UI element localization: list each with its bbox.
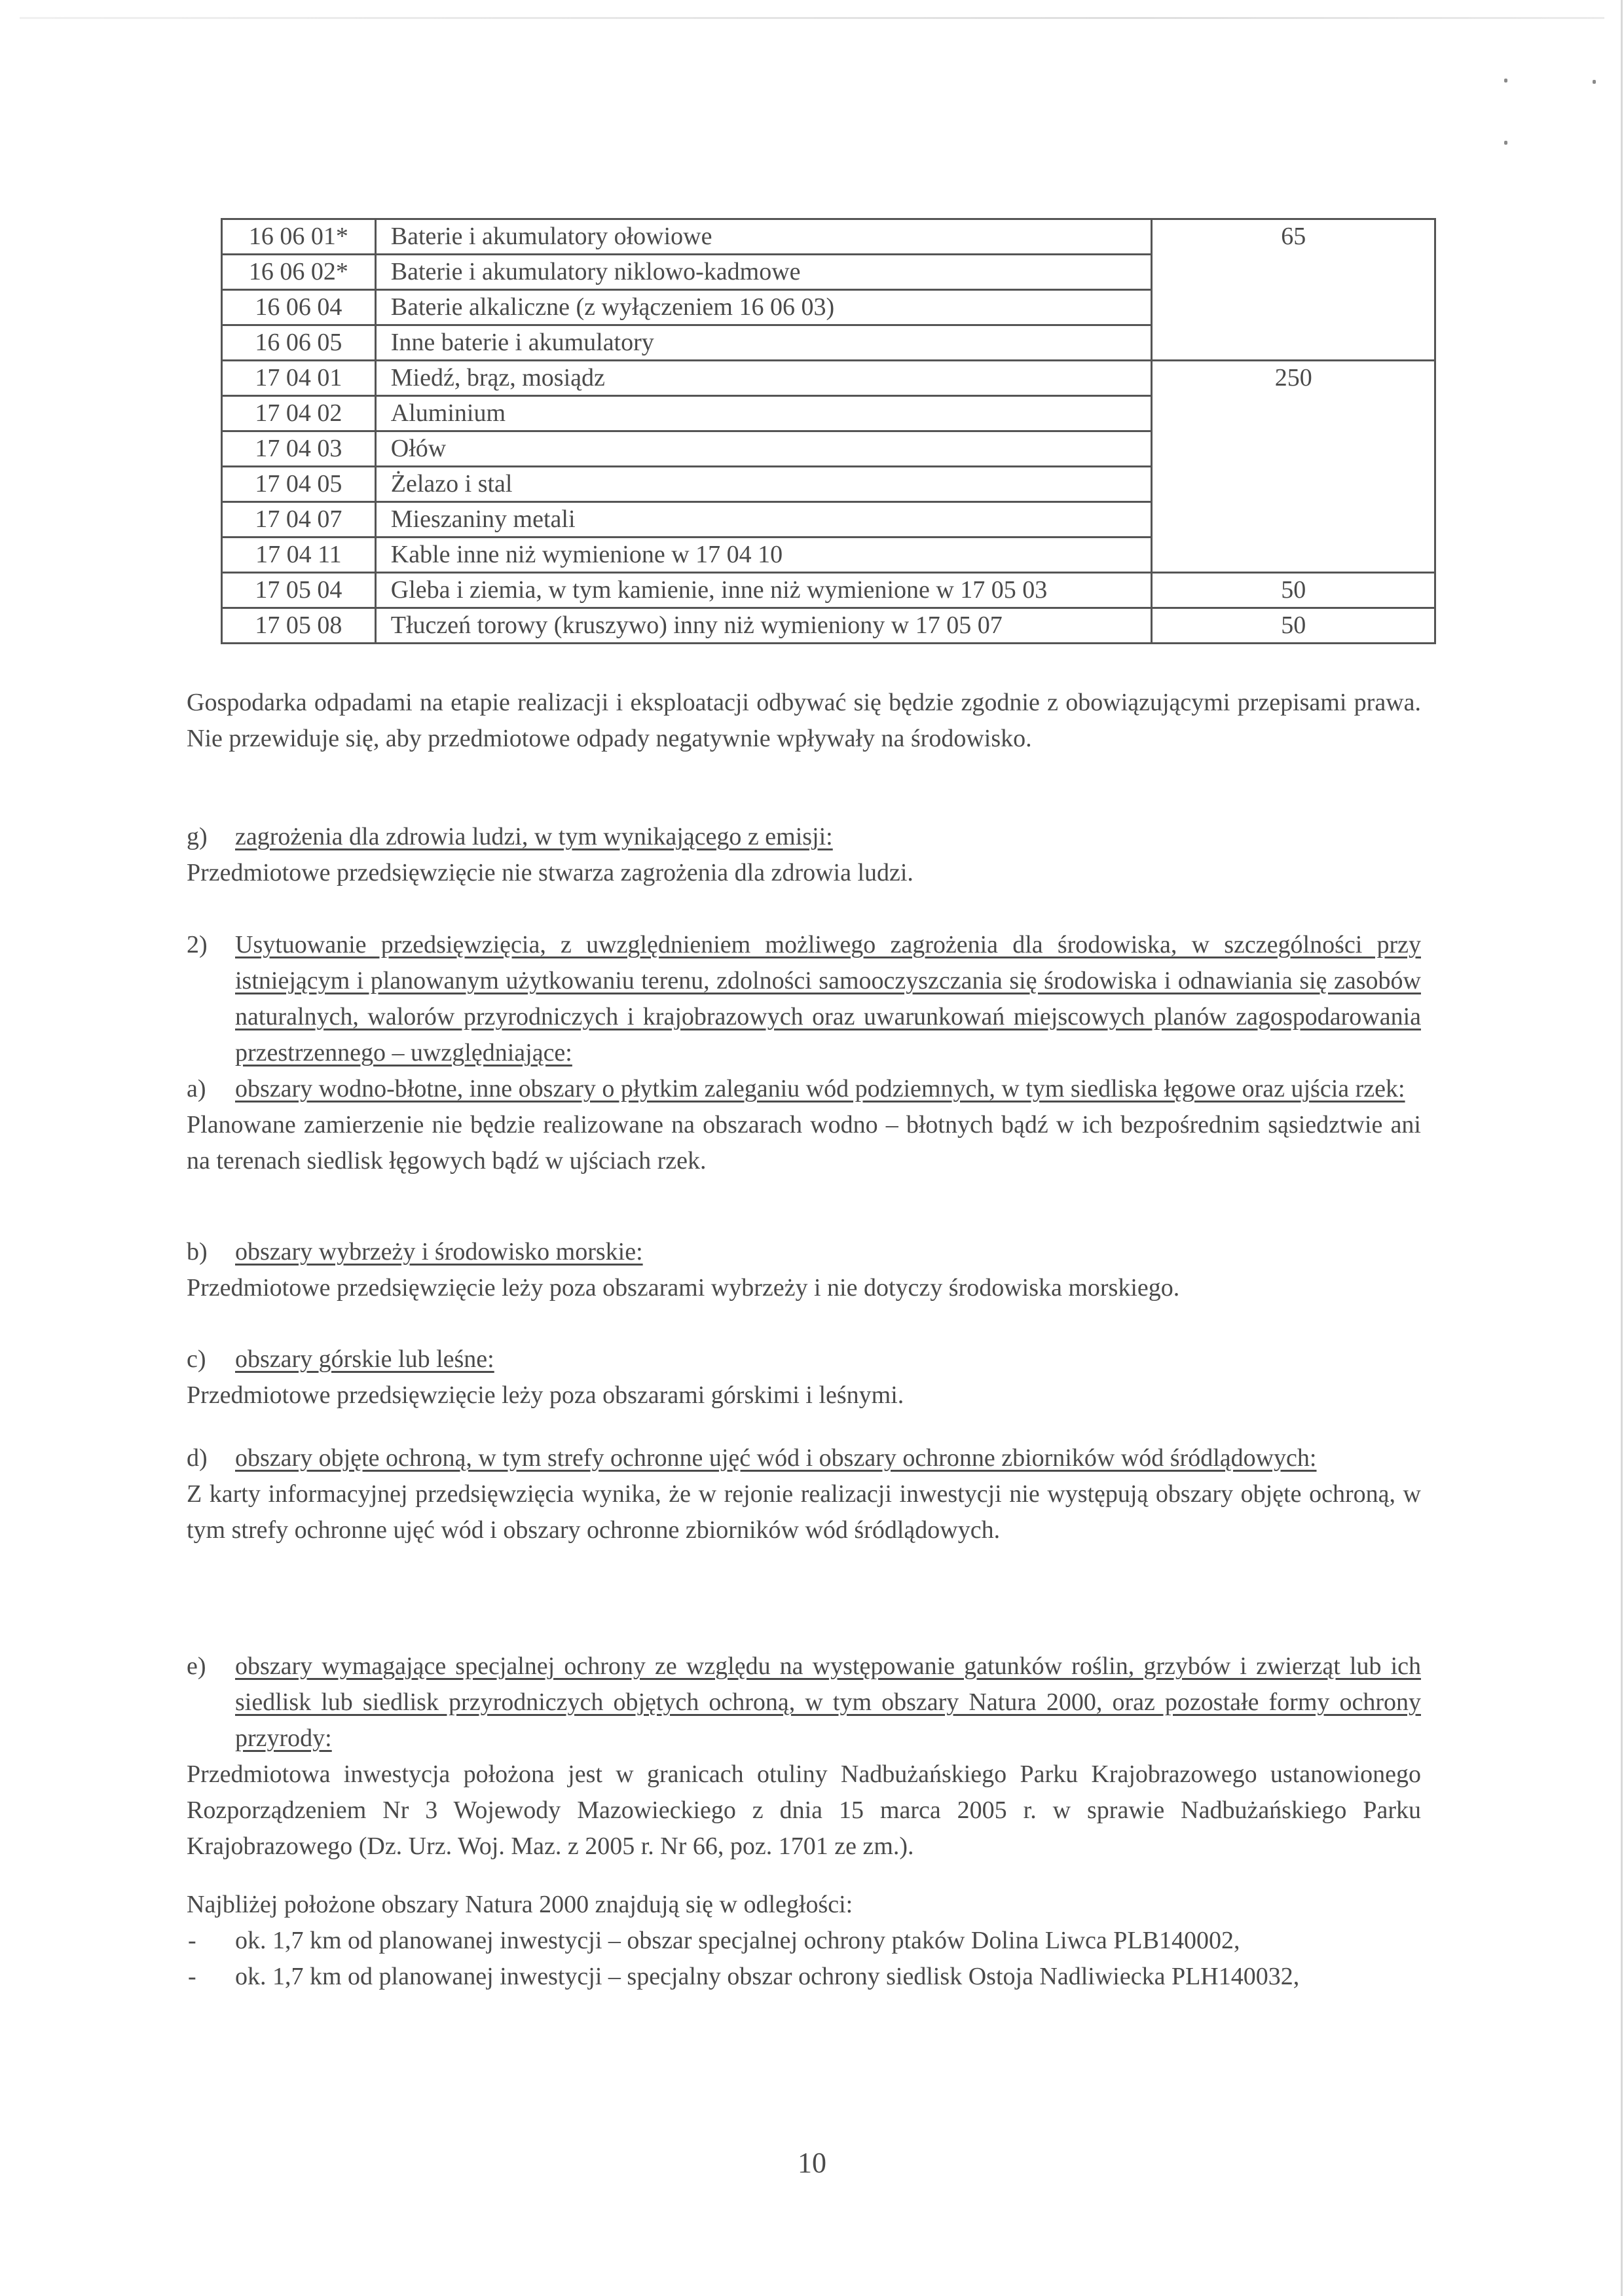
waste-code: 17 04 05 xyxy=(222,467,376,502)
list-item: -ok. 1,7 km od planowanej inwestycji – o… xyxy=(187,1923,1421,1959)
section-g-heading: zagrożenia dla zdrowia ludzi, w tym wyni… xyxy=(235,823,833,850)
section-2: 2) Usytuowanie przedsięwzięcia, z uwzglę… xyxy=(187,927,1421,1179)
section-d-heading: obszary objęte ochroną, w tym strefy och… xyxy=(235,1444,1316,1472)
section-a-heading: obszary wodno-błotne, inne obszary o pły… xyxy=(235,1075,1405,1102)
waste-code: 17 04 02 xyxy=(222,396,376,431)
section-2-heading-row: 2) Usytuowanie przedsięwzięcia, z uwzglę… xyxy=(187,927,1421,1071)
waste-description: Inne baterie i akumulatory xyxy=(375,325,1152,361)
table-row: 16 06 01*Baterie i akumulatory ołowiowe6… xyxy=(222,219,1435,255)
section-b-marker: b) xyxy=(187,1234,208,1270)
waste-description: Mieszaniny metali xyxy=(375,502,1152,538)
waste-code: 17 04 07 xyxy=(222,502,376,538)
waste-description: Aluminium xyxy=(375,396,1152,431)
table-row: 17 05 08Tłuczeń torowy (kruszywo) inny n… xyxy=(222,608,1435,644)
waste-quantity: 65 xyxy=(1152,219,1435,361)
natura-section: Najbliżej położone obszary Natura 2000 z… xyxy=(187,1887,1421,1995)
table-row: 17 04 01Miedź, brąz, mosiądz250 xyxy=(222,361,1435,396)
waste-quantity: 250 xyxy=(1152,361,1435,573)
waste-code: 17 04 11 xyxy=(222,538,376,573)
section-e: e) obszary wymagające specjalnej ochrony… xyxy=(187,1649,1421,1865)
section-2-heading: Usytuowanie przedsięwzięcia, z uwzględni… xyxy=(235,931,1421,1066)
section-e-marker: e) xyxy=(187,1649,206,1685)
scan-speck xyxy=(1504,79,1507,82)
waste-code: 16 06 01* xyxy=(222,219,376,255)
list-item: -ok. 1,7 km od planowanej inwestycji – s… xyxy=(187,1959,1421,1995)
section-b: b) obszary wybrzeży i środowisko morskie… xyxy=(187,1234,1421,1306)
waste-table-body: 16 06 01*Baterie i akumulatory ołowiowe6… xyxy=(222,219,1435,644)
scan-speck xyxy=(1593,80,1596,84)
section-g-heading-row: g) zagrożenia dla zdrowia ludzi, w tym w… xyxy=(187,819,1421,855)
waste-quantity: 50 xyxy=(1152,573,1435,608)
natura-intro: Najbliżej położone obszary Natura 2000 z… xyxy=(187,1887,1421,1923)
waste-description: Gleba i ziemia, w tym kamienie, inne niż… xyxy=(375,573,1152,608)
scan-edge-line xyxy=(1621,0,1623,2296)
page-number: 10 xyxy=(0,2146,1624,2179)
waste-codes-table: 16 06 01*Baterie i akumulatory ołowiowe6… xyxy=(221,218,1436,644)
scan-artifact-line xyxy=(20,17,1604,19)
waste-description: Tłuczeń torowy (kruszywo) inny niż wymie… xyxy=(375,608,1152,644)
waste-description: Ołów xyxy=(375,431,1152,467)
section-e-text: Przedmiotowa inwestycja położona jest w … xyxy=(187,1757,1421,1865)
section-a-marker: a) xyxy=(187,1071,206,1107)
section-g: g) zagrożenia dla zdrowia ludzi, w tym w… xyxy=(187,819,1421,891)
waste-quantity: 50 xyxy=(1152,608,1435,644)
section-a-text: Planowane zamierzenie nie będzie realizo… xyxy=(187,1107,1421,1179)
section-c-text: Przedmiotowe przedsięwzięcie leży poza o… xyxy=(187,1377,1421,1413)
waste-code: 16 06 02* xyxy=(222,255,376,290)
section-a-heading-row: a) obszary wodno-błotne, inne obszary o … xyxy=(187,1071,1421,1107)
waste-code: 17 05 04 xyxy=(222,573,376,608)
table-row: 17 05 04Gleba i ziemia, w tym kamienie, … xyxy=(222,573,1435,608)
section-d: d) obszary objęte ochroną, w tym strefy … xyxy=(187,1440,1421,1548)
natura-list: -ok. 1,7 km od planowanej inwestycji – o… xyxy=(187,1923,1421,1995)
waste-description: Żelazo i stal xyxy=(375,467,1152,502)
section-e-heading: obszary wymagające specjalnej ochrony ze… xyxy=(235,1652,1421,1752)
section-b-text: Przedmiotowe przedsięwzięcie leży poza o… xyxy=(187,1270,1421,1306)
section-g-marker: g) xyxy=(187,819,208,855)
waste-description: Baterie i akumulatory niklowo-kadmowe xyxy=(375,255,1152,290)
waste-management-text: Gospodarka odpadami na etapie realizacji… xyxy=(187,685,1421,757)
waste-code: 16 06 04 xyxy=(222,290,376,325)
waste-code: 17 04 03 xyxy=(222,431,376,467)
section-b-heading-row: b) obszary wybrzeży i środowisko morskie… xyxy=(187,1234,1421,1270)
natura-item-text: ok. 1,7 km od planowanej inwestycji – sp… xyxy=(235,1963,1299,1990)
bullet-dash: - xyxy=(188,1959,196,1995)
section-c-marker: c) xyxy=(187,1341,206,1377)
waste-code: 16 06 05 xyxy=(222,325,376,361)
waste-code: 17 04 01 xyxy=(222,361,376,396)
waste-description: Miedź, brąz, mosiądz xyxy=(375,361,1152,396)
bullet-dash: - xyxy=(188,1923,196,1959)
section-d-marker: d) xyxy=(187,1440,208,1476)
natura-item-text: ok. 1,7 km od planowanej inwestycji – ob… xyxy=(235,1927,1240,1954)
waste-code: 17 05 08 xyxy=(222,608,376,644)
section-g-text: Przedmiotowe przedsięwzięcie nie stwarza… xyxy=(187,855,1421,891)
section-c-heading-row: c) obszary górskie lub leśne: xyxy=(187,1341,1421,1377)
waste-description: Kable inne niż wymienione w 17 04 10 xyxy=(375,538,1152,573)
section-c: c) obszary górskie lub leśne: Przedmioto… xyxy=(187,1341,1421,1413)
scan-speck xyxy=(1504,141,1507,145)
section-d-heading-row: d) obszary objęte ochroną, w tym strefy … xyxy=(187,1440,1421,1476)
section-d-text: Z karty informacyjnej przedsięwzięcia wy… xyxy=(187,1476,1421,1548)
section-2-marker: 2) xyxy=(187,927,208,963)
waste-management-paragraph: Gospodarka odpadami na etapie realizacji… xyxy=(187,685,1421,757)
waste-description: Baterie alkaliczne (z wyłączeniem 16 06 … xyxy=(375,290,1152,325)
section-c-heading: obszary górskie lub leśne: xyxy=(235,1345,494,1373)
section-e-heading-row: e) obszary wymagające specjalnej ochrony… xyxy=(187,1649,1421,1757)
waste-description: Baterie i akumulatory ołowiowe xyxy=(375,219,1152,255)
section-b-heading: obszary wybrzeży i środowisko morskie: xyxy=(235,1238,643,1266)
